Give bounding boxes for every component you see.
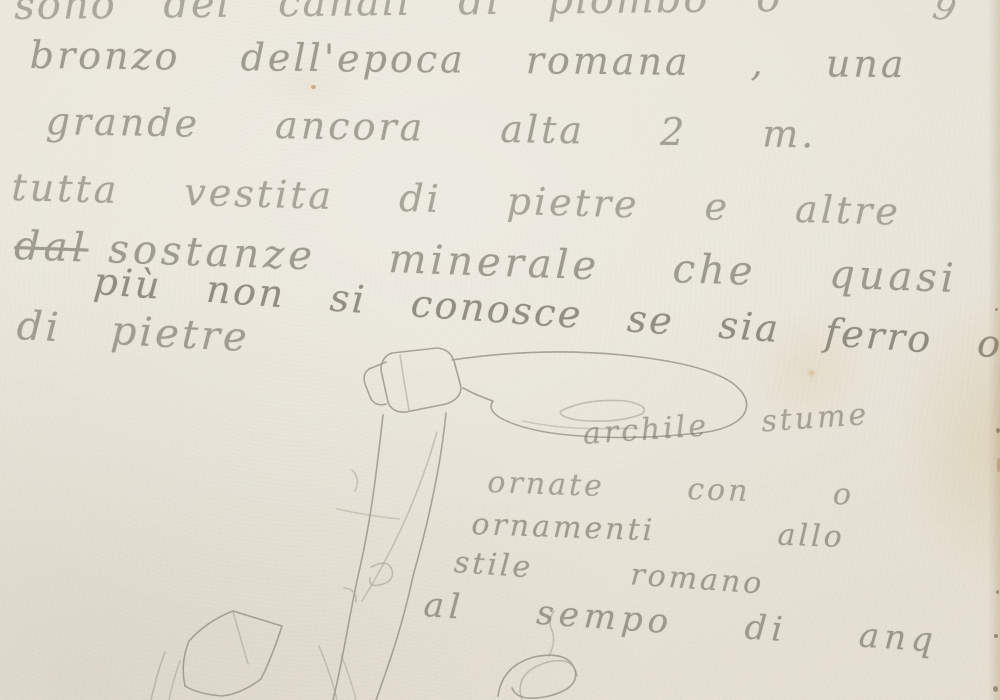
handwritten-line-3: grande ancora alta 2 m.	[45, 102, 816, 153]
sketch-caption-line-5: al sempo di anq	[423, 588, 939, 658]
handwritten-line-1: sono del canali di piombo o	[14, 0, 783, 26]
anchor-arm-top	[452, 352, 747, 414]
handwritten-line-2: bronzo dell'epoca romana , una	[30, 36, 907, 83]
anchor-stock	[381, 348, 461, 412]
sketch-caption-line-1: archile stume	[582, 400, 870, 450]
struck-word: dal	[13, 223, 89, 272]
handwritten-line-4: tutta vestita di pietre e altre	[11, 168, 901, 231]
anchor-stock-left-bump	[364, 362, 386, 405]
anchor-shaft-hook	[344, 588, 356, 602]
ring-doodle	[498, 655, 576, 698]
shaft-hatch-1	[319, 646, 337, 700]
page-corner-mark: 9	[930, 0, 959, 28]
sketch-caption-line-3: ornamenti allo	[471, 510, 845, 553]
fluke-hatch-2	[169, 661, 180, 700]
anchor-shaft-crossline	[337, 509, 399, 519]
fluke-hatch-1	[151, 652, 165, 700]
paper-edge-speck	[994, 634, 998, 638]
paper-edge-speck	[996, 590, 999, 594]
ring-doodle-2	[520, 661, 577, 700]
sketch-caption-line-2: ornate con o	[487, 468, 855, 511]
paper-edge-speck	[993, 686, 998, 692]
anchor-shaft-loop	[370, 563, 393, 585]
anchor-fluke	[183, 611, 282, 696]
anchor-shaft-inner	[362, 432, 437, 601]
anchor-shaft-tick	[352, 470, 357, 491]
anchor-stock-facet	[400, 355, 409, 410]
paper-edge-speck	[995, 308, 998, 311]
paper-edge-speck	[996, 428, 1000, 433]
paper-speck	[808, 370, 815, 376]
anchor-shaft-right	[376, 413, 446, 700]
manuscript-page: sono del canali di piombo o bronzo dell'…	[0, 0, 1000, 700]
anchor-fluke-inner	[233, 612, 248, 664]
anchor-shaft-left	[333, 415, 383, 700]
paper-speck	[311, 85, 316, 89]
handwritten-line-7: di pietre	[16, 306, 251, 358]
shaft-hatch-2	[341, 655, 356, 700]
